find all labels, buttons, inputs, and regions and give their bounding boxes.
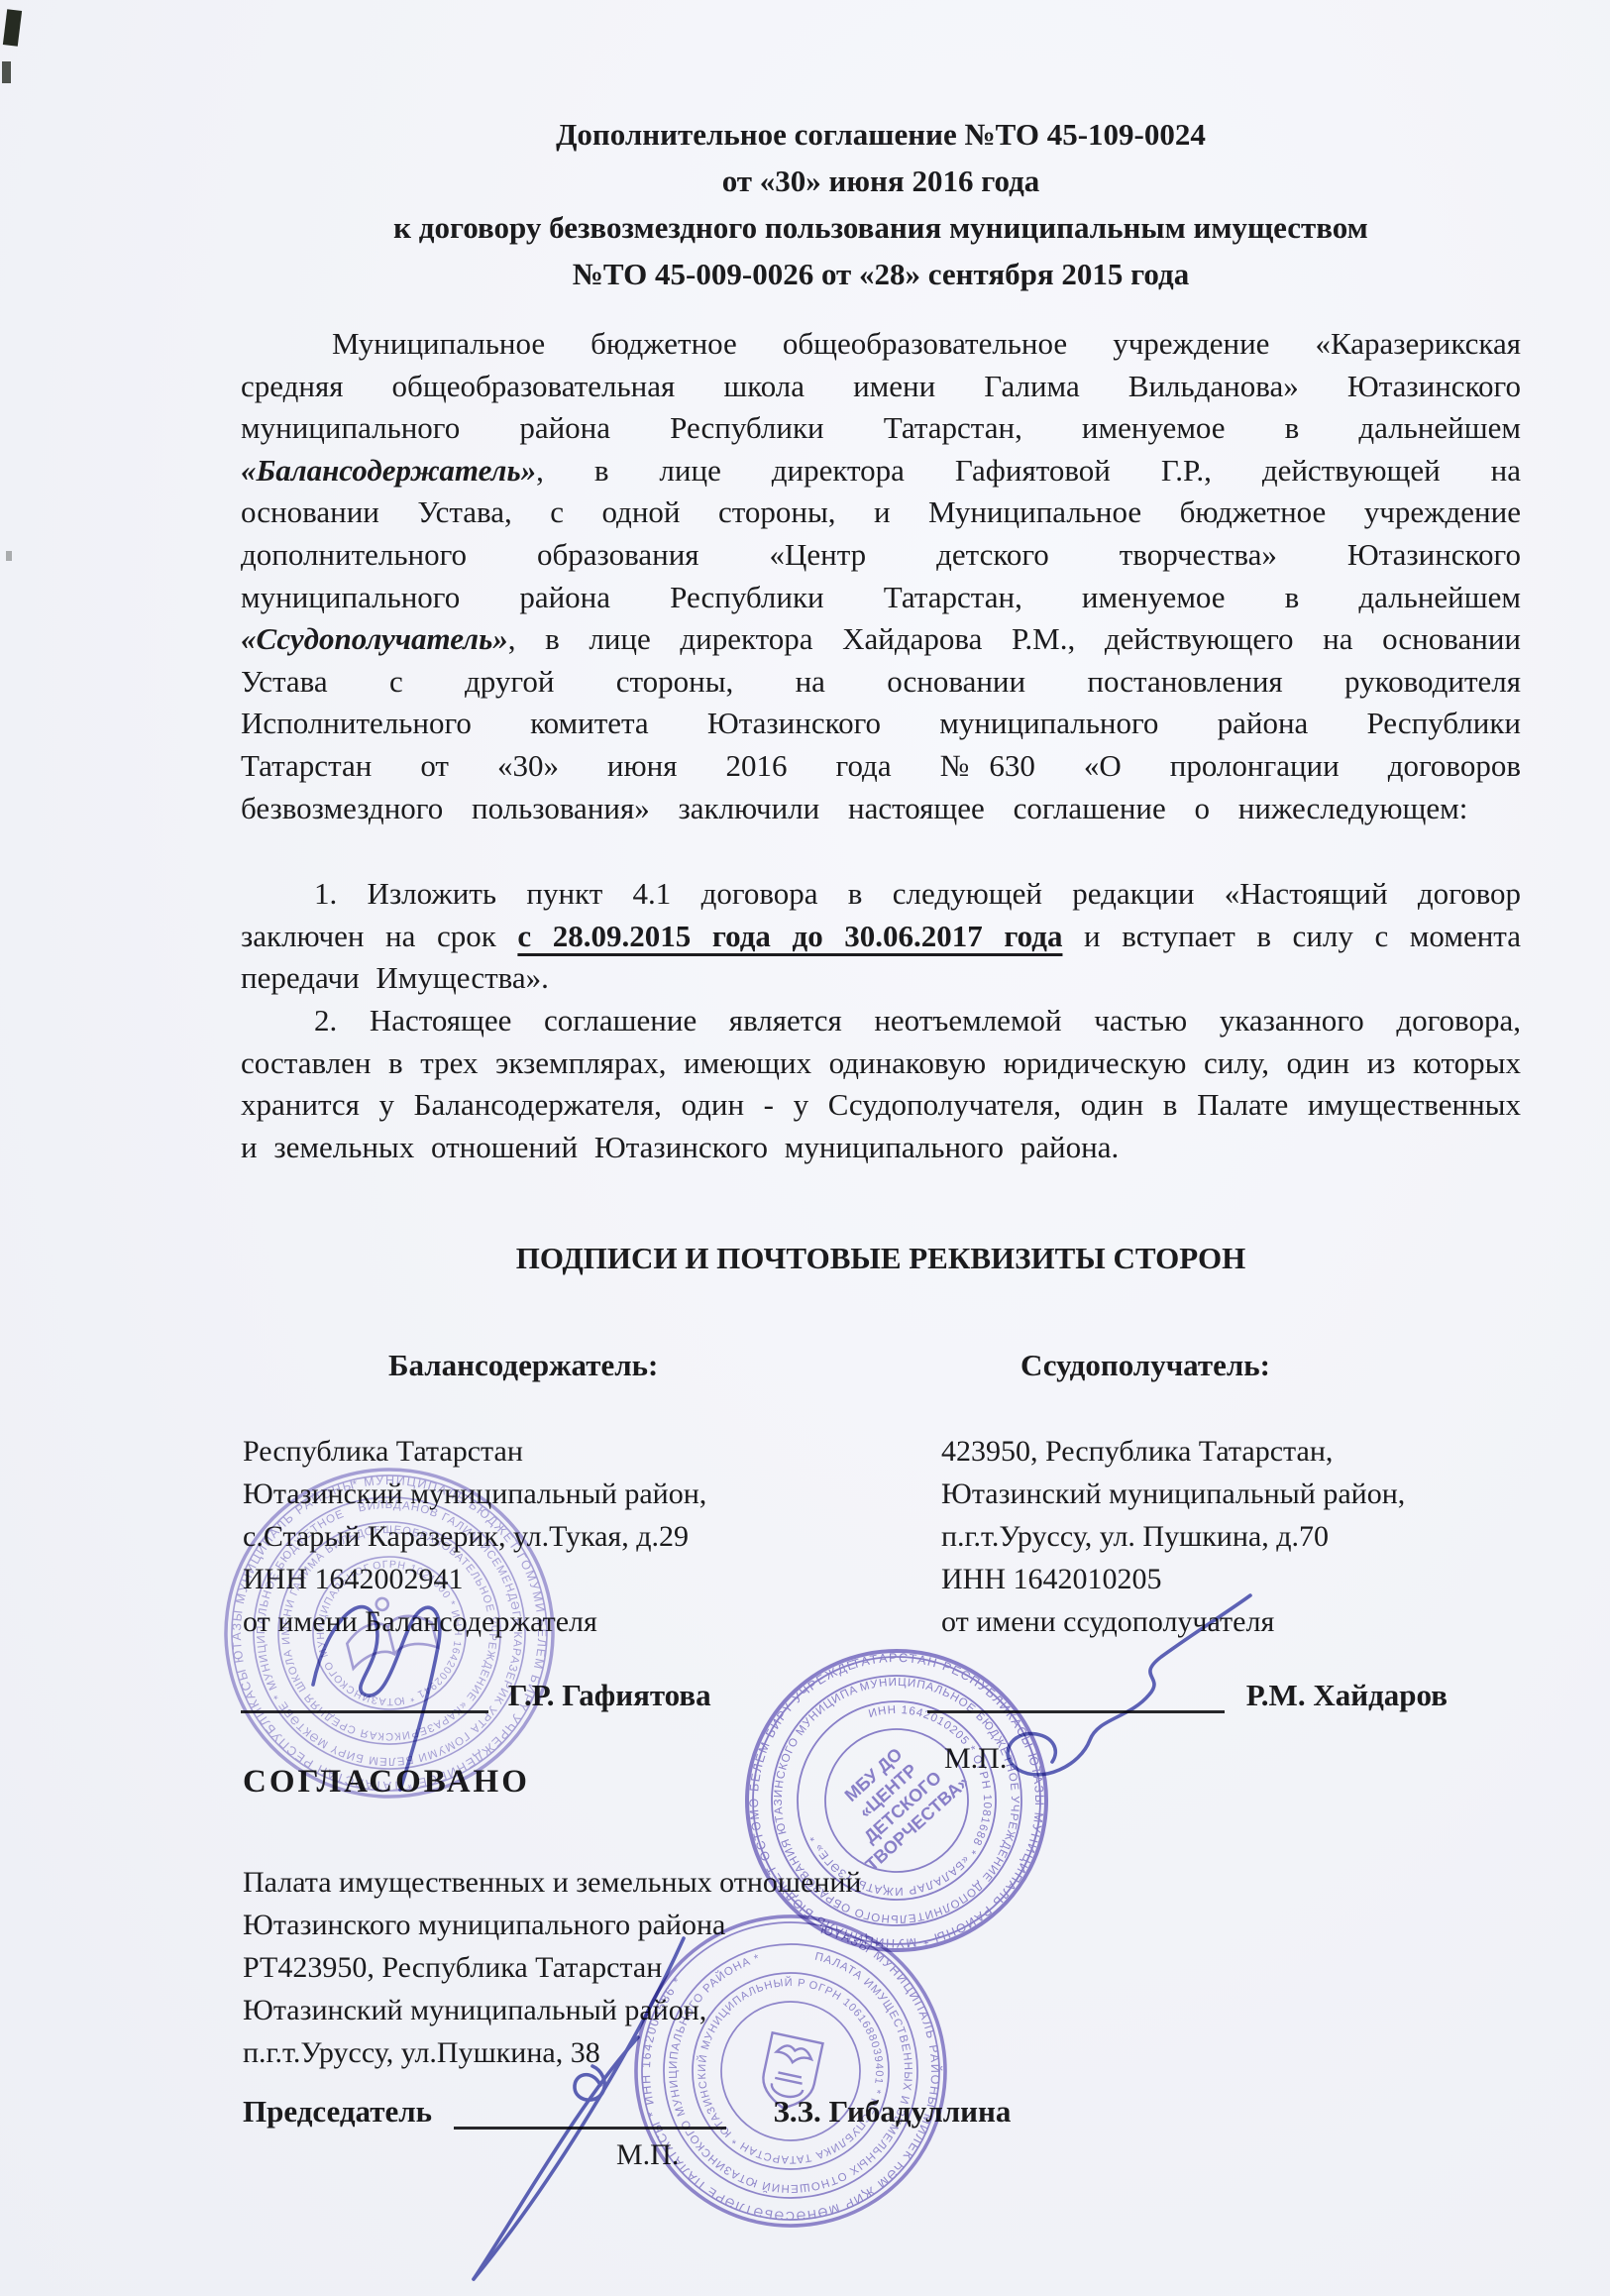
address-line: от имени ссудополучателя: [941, 1600, 1405, 1643]
signature-line: [454, 2093, 726, 2130]
address-line: с.Старый Каразерик, ул.Тукая, д.29: [243, 1515, 706, 1558]
svg-text:ТВОРЧЕСТВА»: ТВОРЧЕСТВА»: [862, 1772, 973, 1875]
svg-text:МБУ ДО: МБУ ДО: [841, 1744, 907, 1805]
chairman-seal-mark: М.П.: [616, 2138, 679, 2172]
right-signatory-name: Р.М. Хайдаров: [1246, 1678, 1448, 1712]
signature-line: [241, 1677, 488, 1713]
term-ssudopoluchatel: «Ссудополучатель»: [241, 621, 508, 656]
left-party-header: Балансодержатель:: [388, 1348, 658, 1383]
title-line-4: №ТО 45-009-0026 от «28» сентября 2015 го…: [241, 251, 1521, 297]
right-seal-mark: М.П.: [944, 1742, 1007, 1776]
svg-text:«ЦЕНТР: «ЦЕНТР: [855, 1760, 920, 1821]
address-line: ИНН 1642002941: [243, 1558, 706, 1600]
approved-label: СОГЛАСОВАНО: [243, 1764, 530, 1801]
clause-2: 2. Настоящее соглашение является неотъем…: [241, 1000, 1521, 1168]
address-line: Ютазинский муниципальный район,: [941, 1473, 1405, 1515]
chairman-row: Председатель З.З. Гибадуллина: [243, 2093, 1011, 2130]
address-line: ИНН 1642010205: [941, 1558, 1405, 1600]
address-line: Республика Татарстан: [243, 1430, 706, 1473]
chamber-line: Палата имущественных и земельных отношен…: [243, 1861, 861, 1904]
address-line: 423950, Республика Татарстан,: [941, 1430, 1405, 1473]
scan-artifact-mark: [2, 61, 11, 83]
left-party-address: Республика Татарстан Ютазинский муниципа…: [243, 1430, 706, 1643]
address-line: Ютазинский муниципальный район,: [243, 1473, 706, 1515]
clause-1: 1. Изложить пункт 4.1 договора в следующ…: [241, 873, 1521, 1000]
term-balansoderzhatel: «Балансодержатель»: [241, 453, 536, 488]
signatures-heading: ПОДПИСИ И ПОЧТОВЫЕ РЕКВИЗИТЫ СТОРОН: [241, 1241, 1521, 1276]
svg-text:ДЕТСКОГО: ДЕТСКОГО: [860, 1768, 945, 1847]
left-signature-row: Г.Р. Гафиятова: [241, 1677, 711, 1713]
preamble-text-1: Муниципальное бюджетное общеобразователь…: [241, 326, 1521, 445]
chairman-label: Председатель: [243, 2094, 432, 2129]
title-line-3: к договору безвозмездного пользования му…: [241, 204, 1521, 251]
chamber-line: РТ423950, Республика Татарстан: [243, 1946, 861, 1989]
document-body: Муниципальное бюджетное общеобразователь…: [241, 323, 1521, 1168]
signature-line: [927, 1677, 1225, 1713]
preamble-paragraph: Муниципальное бюджетное общеобразователь…: [241, 323, 1521, 829]
title-line-2: от «30» июня 2016 года: [241, 158, 1521, 204]
right-party-address: 423950, Республика Татарстан, Ютазинский…: [941, 1430, 1405, 1643]
chairman-name: З.З. Гибадуллина: [774, 2094, 1012, 2129]
chamber-address: Палата имущественных и земельных отношен…: [243, 1861, 861, 2074]
title-line-1: Дополнительное соглашение №ТО 45-109-002…: [241, 111, 1521, 158]
scanned-agreement-page: Дополнительное соглашение №ТО 45-109-002…: [0, 0, 1610, 2296]
clause-1-term-dates: с 28.09.2015 года до 30.06.2017 года: [517, 919, 1062, 953]
scan-artifact-mark: [6, 551, 12, 561]
chamber-line: Ютазинского муниципального района: [243, 1904, 861, 1946]
address-line: п.г.т.Уруссу, ул. Пушкина, д.70: [941, 1515, 1405, 1558]
right-party-header: Ссудополучатель:: [1020, 1348, 1270, 1383]
right-signature-row: Р.М. Хайдаров: [927, 1677, 1448, 1713]
address-line: от имени Балансодержателя: [243, 1600, 706, 1643]
document-title: Дополнительное соглашение №ТО 45-109-002…: [241, 111, 1521, 297]
scan-artifact-mark: [3, 9, 22, 47]
chamber-line: п.г.т.Уруссу, ул.Пушкина, 38: [243, 2031, 861, 2074]
chamber-line: Ютазинский муниципальный район,: [243, 1989, 861, 2031]
left-signatory-name: Г.Р. Гафиятова: [508, 1678, 711, 1712]
